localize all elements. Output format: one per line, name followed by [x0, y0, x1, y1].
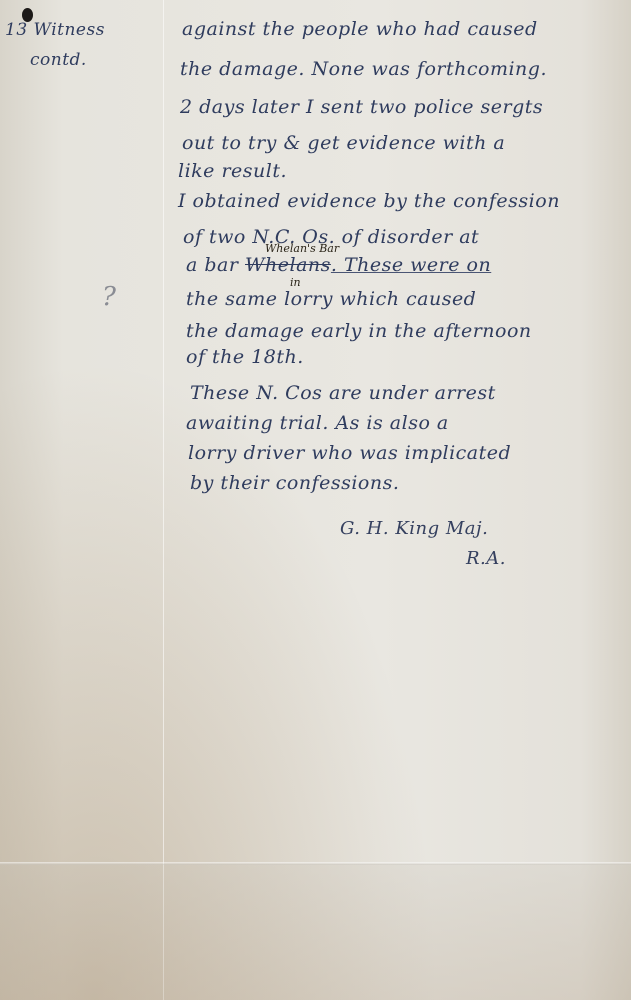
- text-line: 2 days later I sent two police sergts: [180, 98, 543, 117]
- text-suffix: . These were on: [331, 254, 491, 276]
- margin-rule: [163, 0, 164, 1000]
- text-line: the same lorry which caused: [186, 290, 476, 309]
- text-line: out to try & get evidence with a: [182, 134, 505, 153]
- text-line: These N. Cos are under arrest: [190, 384, 496, 403]
- pencil-question-mark: ?: [102, 282, 116, 312]
- text-line: awaiting trial. As is also a: [186, 414, 449, 433]
- text-line: lorry driver who was implicated: [188, 444, 511, 463]
- text-line: against the people who had caused: [182, 20, 538, 39]
- text-line-corrected: a bar Whelans. These were on: [186, 256, 491, 275]
- margin-note-contd: contd.: [30, 52, 87, 69]
- signature-name: G. H. King Maj.: [340, 520, 488, 538]
- text-line: by their confessions.: [190, 474, 399, 493]
- text-line: the damage early in the afternoon: [186, 322, 532, 341]
- text-prefix: a bar: [186, 254, 238, 276]
- paper-shading: [0, 864, 631, 1000]
- struck-text: Whelans: [245, 254, 331, 276]
- letter-page: 13 Witness contd. ? against the people w…: [0, 0, 631, 1000]
- text-line: the damage. None was forthcoming.: [180, 60, 547, 79]
- text-line: of the 18th.: [186, 348, 304, 367]
- paper-fold: [0, 862, 631, 865]
- signature-unit: R.A.: [466, 550, 506, 568]
- text-line: I obtained evidence by the confession: [178, 192, 560, 211]
- text-line: like result.: [178, 162, 287, 181]
- margin-note-witness: 13 Witness: [5, 22, 105, 39]
